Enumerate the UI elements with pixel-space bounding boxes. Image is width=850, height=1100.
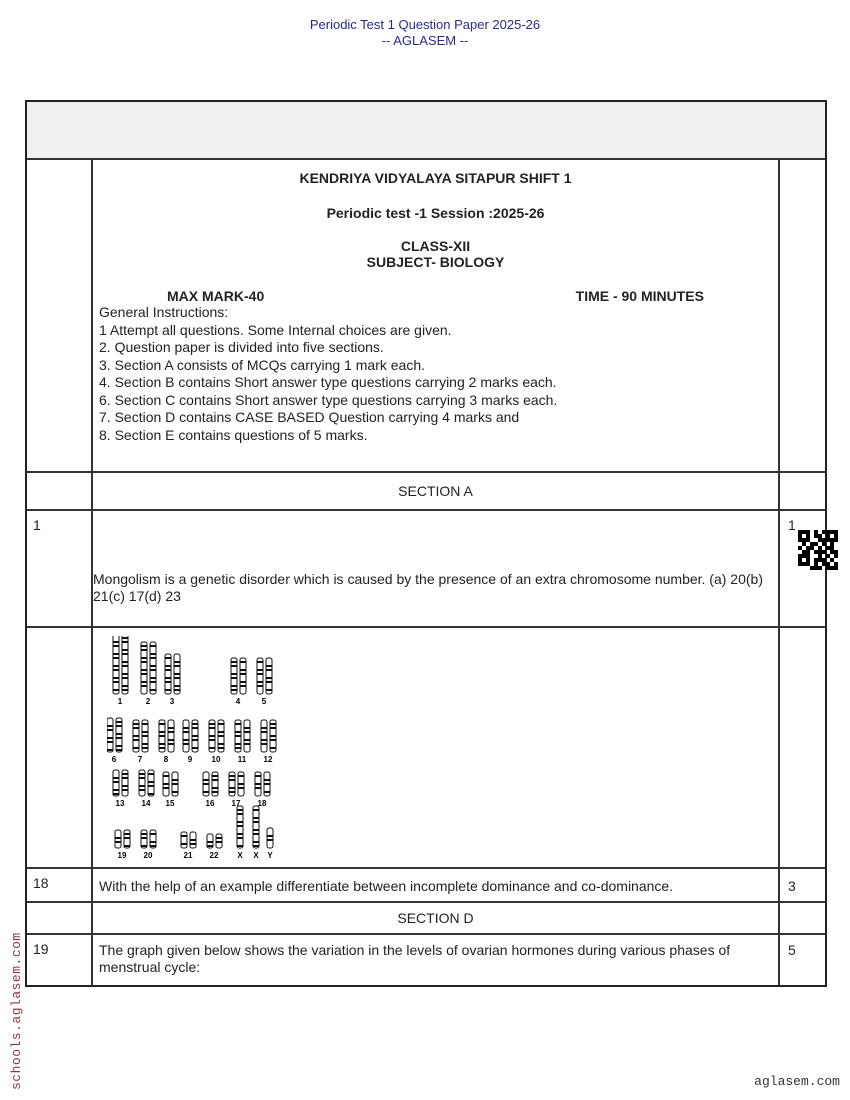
svg-text:20: 20 bbox=[144, 851, 153, 860]
qr-code-icon bbox=[798, 530, 838, 570]
paper-info-row: KENDRIYA VIDYALAYA SITAPUR SHIFT 1 Perio… bbox=[27, 158, 825, 471]
svg-text:Y: Y bbox=[267, 851, 273, 860]
svg-text:1: 1 bbox=[118, 697, 123, 706]
svg-text:4: 4 bbox=[236, 697, 241, 706]
side-watermark: schools.aglasem.com bbox=[9, 932, 24, 1090]
instructions-title: General Instructions: bbox=[99, 304, 778, 322]
question-text: The graph given below shows the variatio… bbox=[93, 935, 780, 985]
svg-text:X: X bbox=[253, 851, 259, 860]
karyotype-image: 12345678910111213141516171819202122XXY bbox=[107, 636, 287, 862]
max-mark: MAX MARK-40 bbox=[167, 288, 264, 304]
svg-text:3: 3 bbox=[170, 697, 175, 706]
marks-time-line: MAX MARK-40 TIME - 90 MINUTES bbox=[93, 288, 778, 304]
svg-text:11: 11 bbox=[238, 755, 247, 764]
header-brand: -- AGLASEM -- bbox=[0, 33, 850, 49]
question-text: With the help of an example differentiat… bbox=[93, 869, 780, 901]
svg-text:6: 6 bbox=[112, 755, 117, 764]
question-number: 18 bbox=[27, 869, 93, 901]
svg-text:5: 5 bbox=[262, 697, 267, 706]
instruction-item: 2. Question paper is divided into five s… bbox=[99, 339, 778, 357]
time-limit: TIME - 90 MINUTES bbox=[576, 288, 704, 304]
question-row: 18 With the help of an example different… bbox=[27, 867, 825, 901]
svg-text:7: 7 bbox=[138, 755, 143, 764]
svg-text:19: 19 bbox=[118, 851, 127, 860]
class-label: CLASS-XII bbox=[93, 238, 778, 254]
section-d-heading: SECTION D bbox=[93, 903, 780, 933]
svg-text:9: 9 bbox=[188, 755, 193, 764]
section-d-row: SECTION D bbox=[27, 901, 825, 933]
instruction-item: 3. Section A consists of MCQs carrying 1… bbox=[99, 357, 778, 375]
section-a-heading: SECTION A bbox=[93, 473, 780, 509]
question-number: 19 bbox=[27, 935, 93, 985]
svg-text:12: 12 bbox=[264, 755, 273, 764]
question-marks: 3 bbox=[780, 869, 825, 901]
svg-text:21: 21 bbox=[184, 851, 193, 860]
top-band bbox=[27, 102, 825, 158]
svg-text:14: 14 bbox=[142, 799, 151, 808]
footer-watermark: aglasem.com bbox=[754, 1074, 840, 1089]
svg-text:16: 16 bbox=[206, 799, 215, 808]
instruction-item: 8. Section E contains questions of 5 mar… bbox=[99, 427, 778, 445]
instructions: General Instructions: 1 Attempt all ques… bbox=[93, 304, 778, 444]
section-a-row: SECTION A bbox=[27, 471, 825, 509]
question-marks: 5 bbox=[780, 935, 825, 985]
test-name: Periodic test -1 Session :2025-26 bbox=[93, 205, 778, 221]
school-name: KENDRIYA VIDYALAYA SITAPUR SHIFT 1 bbox=[93, 170, 778, 186]
svg-text:8: 8 bbox=[164, 755, 169, 764]
question-text: Mongolism is a genetic disorder which is… bbox=[93, 511, 780, 626]
question-row: 19 The graph given below shows the varia… bbox=[27, 933, 825, 985]
page-header: Periodic Test 1 Question Paper 2025-26 -… bbox=[0, 17, 850, 49]
question-row: 1 Mongolism is a genetic disorder which … bbox=[27, 509, 825, 626]
svg-text:X: X bbox=[237, 851, 243, 860]
svg-text:2: 2 bbox=[146, 697, 151, 706]
svg-text:15: 15 bbox=[166, 799, 175, 808]
question-table: KENDRIYA VIDYALAYA SITAPUR SHIFT 1 Perio… bbox=[25, 100, 827, 987]
question-number: 1 bbox=[27, 511, 93, 626]
karyotype-row: 12345678910111213141516171819202122XXY bbox=[27, 626, 825, 867]
header-title: Periodic Test 1 Question Paper 2025-26 bbox=[0, 17, 850, 33]
svg-text:10: 10 bbox=[212, 755, 221, 764]
instruction-item: 1 Attempt all questions. Some Internal c… bbox=[99, 322, 778, 340]
subject-label: SUBJECT- BIOLOGY bbox=[93, 254, 778, 270]
svg-text:22: 22 bbox=[210, 851, 219, 860]
instruction-item: 4. Section B contains Short answer type … bbox=[99, 374, 778, 392]
instruction-item: 7. Section D contains CASE BASED Questio… bbox=[99, 409, 778, 427]
instruction-item: 6. Section C contains Short answer type … bbox=[99, 392, 778, 410]
svg-text:13: 13 bbox=[116, 799, 125, 808]
